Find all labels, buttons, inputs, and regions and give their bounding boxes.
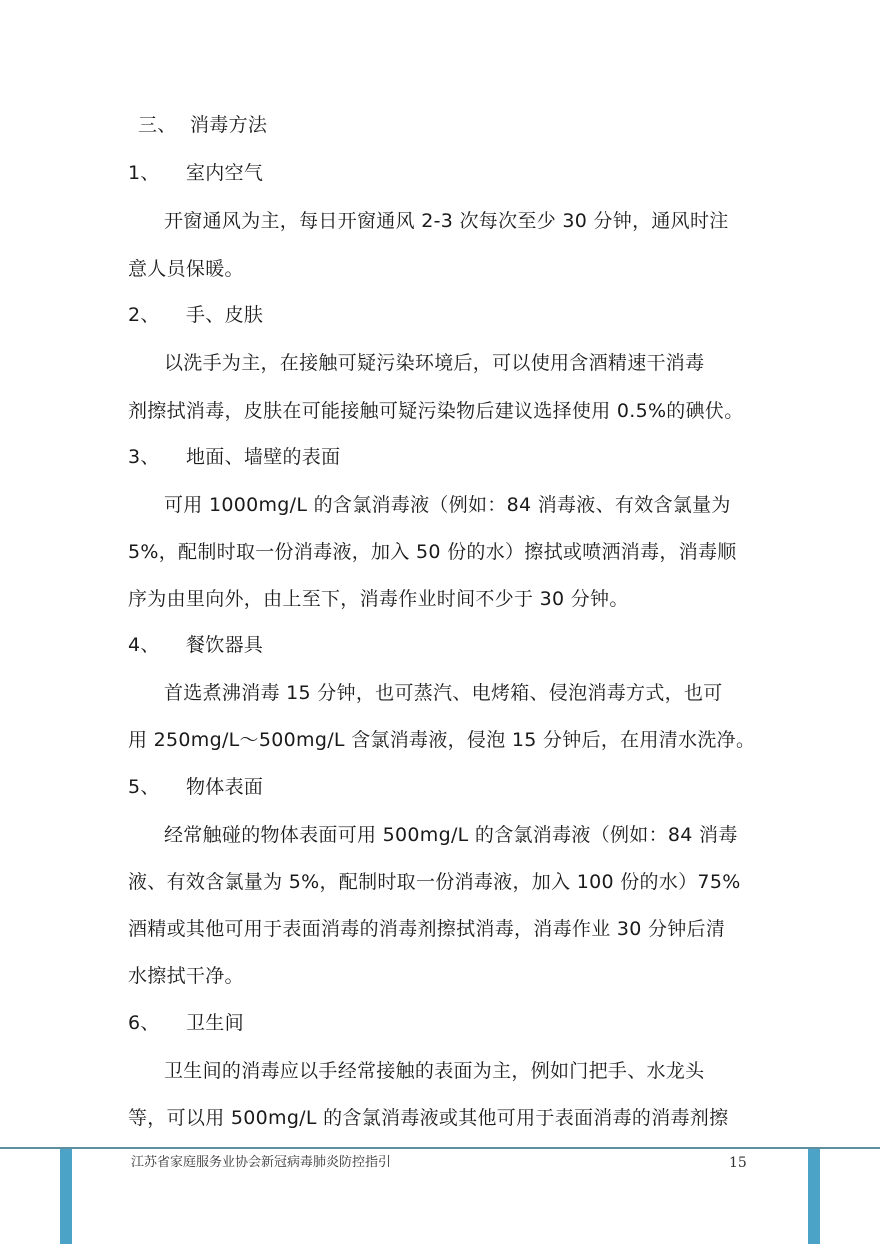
paragraph-line: 液、有效含氯量为 5%，配制时取一份消毒液，加入 100 份的水）75% (128, 867, 741, 897)
item-number: 5、 (128, 772, 186, 802)
paragraph-line: 首选煮沸消毒 15 分钟，也可蒸汽、电烤箱、侵泡消毒方式，也可 (164, 678, 723, 708)
section-number: 三、 (138, 110, 190, 140)
item-title: 卫生间 (186, 1012, 244, 1034)
item-number: 3、 (128, 442, 186, 472)
paragraph-line: 可用 1000mg/L 的含氯消毒液（例如：84 消毒液、有效含氯量为 (164, 490, 731, 520)
paragraph-line: 水擦拭干净。 (128, 961, 244, 991)
paragraph-line: 用 250mg/L～500mg/L 含氯消毒液，侵泡 15 分钟后，在用清水洗净… (128, 725, 755, 755)
paragraph-line: 经常触碰的物体表面可用 500mg/L 的含氯消毒液（例如：84 消毒 (164, 820, 738, 850)
item-heading: 2、手、皮肤 (128, 300, 263, 330)
page-number: 15 (729, 1154, 747, 1172)
paragraph-line: 开窗通风为主，每日开窗通风 2-3 次每次至少 30 分钟，通风时注 (164, 206, 729, 236)
item-title: 餐饮器具 (186, 634, 263, 656)
item-heading: 1、室内空气 (128, 158, 263, 188)
item-title: 物体表面 (186, 776, 263, 798)
footer-accent-bar-left (60, 1149, 72, 1244)
item-number: 2、 (128, 300, 186, 330)
section-title: 消毒方法 (190, 114, 267, 136)
item-number: 1、 (128, 158, 186, 188)
paragraph-line: 卫生间的消毒应以手经常接触的表面为主，例如门把手、水龙头 (164, 1056, 704, 1086)
paragraph-line: 序为由里向外，由上至下，消毒作业时间不少于 30 分钟。 (128, 584, 629, 614)
item-title: 地面、墙壁的表面 (186, 446, 340, 468)
section-heading: 三、消毒方法 (138, 110, 267, 140)
item-heading: 3、地面、墙壁的表面 (128, 442, 340, 472)
paragraph-line: 意人员保暖。 (128, 254, 244, 284)
paragraph-line: 以洗手为主，在接触可疑污染环境后，可以使用含酒精速干消毒 (164, 348, 704, 378)
footer-divider (0, 1147, 880, 1149)
paragraph-line: 5%，配制时取一份消毒液，加入 50 份的水）擦拭或喷洒消毒，消毒顺 (128, 537, 737, 567)
paragraph-line: 等，可以用 500mg/L 的含氯消毒液或其他可用于表面消毒的消毒剂擦 (128, 1103, 728, 1133)
item-number: 6、 (128, 1008, 186, 1038)
item-heading: 5、物体表面 (128, 772, 263, 802)
paragraph-line: 酒精或其他可用于表面消毒的消毒剂擦拭消毒，消毒作业 30 分钟后清 (128, 914, 725, 944)
item-heading: 4、餐饮器具 (128, 630, 263, 660)
document-page: 三、消毒方法 1、室内空气 开窗通风为主，每日开窗通风 2-3 次每次至少 30… (0, 0, 880, 1244)
item-title: 手、皮肤 (186, 304, 263, 326)
footer-title: 江苏省家庭服务业协会新冠病毒肺炎防控指引 (131, 1154, 391, 1172)
item-heading: 6、卫生间 (128, 1008, 244, 1038)
paragraph-line: 剂擦拭消毒，皮肤在可能接触可疑污染物后建议选择使用 0.5%的碘伏。 (128, 396, 744, 426)
item-title: 室内空气 (186, 162, 263, 184)
footer-accent-bar-right (808, 1149, 820, 1244)
item-number: 4、 (128, 630, 186, 660)
